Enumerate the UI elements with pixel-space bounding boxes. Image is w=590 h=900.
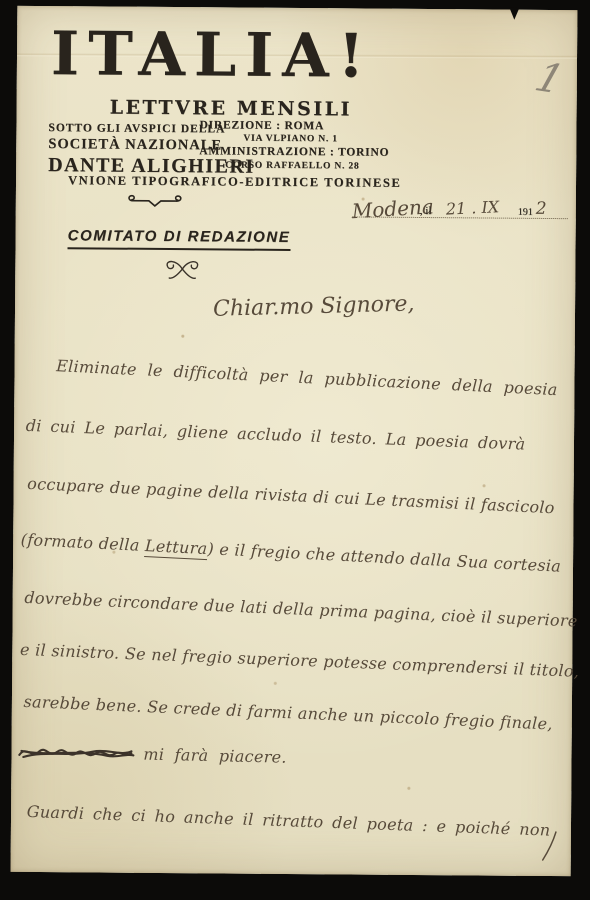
direction-address: DIREZIONE : ROMA (199, 119, 389, 132)
crossed-out-word (17, 743, 135, 764)
letter-page: ITALIA! LETTVRE MENSILI SOTTO GLI AVSPIC… (11, 6, 578, 876)
salutation: Chiar.mo Signore, (213, 291, 415, 321)
scan-background: { "colors": { "scan_background": "#0c0b0… (0, 0, 590, 900)
lettura-underlined-word: Lettura (144, 536, 208, 560)
stray-pen-stroke (541, 830, 559, 867)
pencil-page-number: 1 (530, 55, 570, 103)
letterhead-offices-block: DIREZIONE : ROMA VIA VLPIANO N. 1 AMMINI… (199, 119, 389, 171)
body-line-2: di cui Le parlai, gliene accludo il test… (25, 416, 525, 454)
dateline-printed-il: , il (420, 205, 432, 217)
dateline-year-printed: 191 (518, 207, 533, 218)
scroll-flourish-icon (126, 193, 184, 209)
letterhead-subtitle: LETTVRE MENSILI (110, 97, 352, 121)
bow-flourish-icon (161, 257, 203, 285)
body-line-8-text: mi farà piacere. (143, 745, 287, 767)
body-line-1: Eliminate le difficoltà per la pubblicaz… (56, 356, 558, 399)
body-line-7: sarebbe bene. Se crede di farmi anche un… (23, 692, 543, 733)
body-line-4-prefix: (formato della (20, 530, 145, 555)
publisher-line: VNIONE TIPOGRAFICO-EDITRICE TORINESE (68, 173, 401, 191)
dateline-day-handwritten: 21 . IX (445, 197, 499, 218)
letterhead-title: ITALIA! (51, 24, 374, 87)
body-line-3: occupare due pagine della rivista di cui… (27, 474, 555, 517)
administration-address: AMMINISTRAZIONE : TORINO (199, 145, 389, 158)
dateline-year-digit-handwritten: 2 (536, 199, 547, 219)
body-line-4: (formato della Lettura) e il fregio che … (20, 530, 556, 576)
body-line-4-suffix: ) e il fregio che attendo dalla Sua cort… (207, 539, 562, 576)
direction-street: VIA VLPIANO N. 1 (243, 134, 389, 145)
body-line-8: mi farà piacere. (17, 742, 337, 768)
dateline: Modena , il 21 . IX 191 2 (352, 190, 568, 224)
body-line-6: e il sinistro. Se nel fregio superiore p… (20, 640, 556, 680)
committee-heading: COMITATO DI REDAZIONE (67, 227, 290, 251)
body-line-5: dovrebbe circondare due lati della prima… (24, 588, 556, 630)
body-line-9: Guardi che ci ho anche il ritratto del p… (26, 802, 550, 840)
scan-notch (509, 8, 519, 20)
administration-street: CORSO RAFFAELLO N. 28 (225, 160, 389, 171)
